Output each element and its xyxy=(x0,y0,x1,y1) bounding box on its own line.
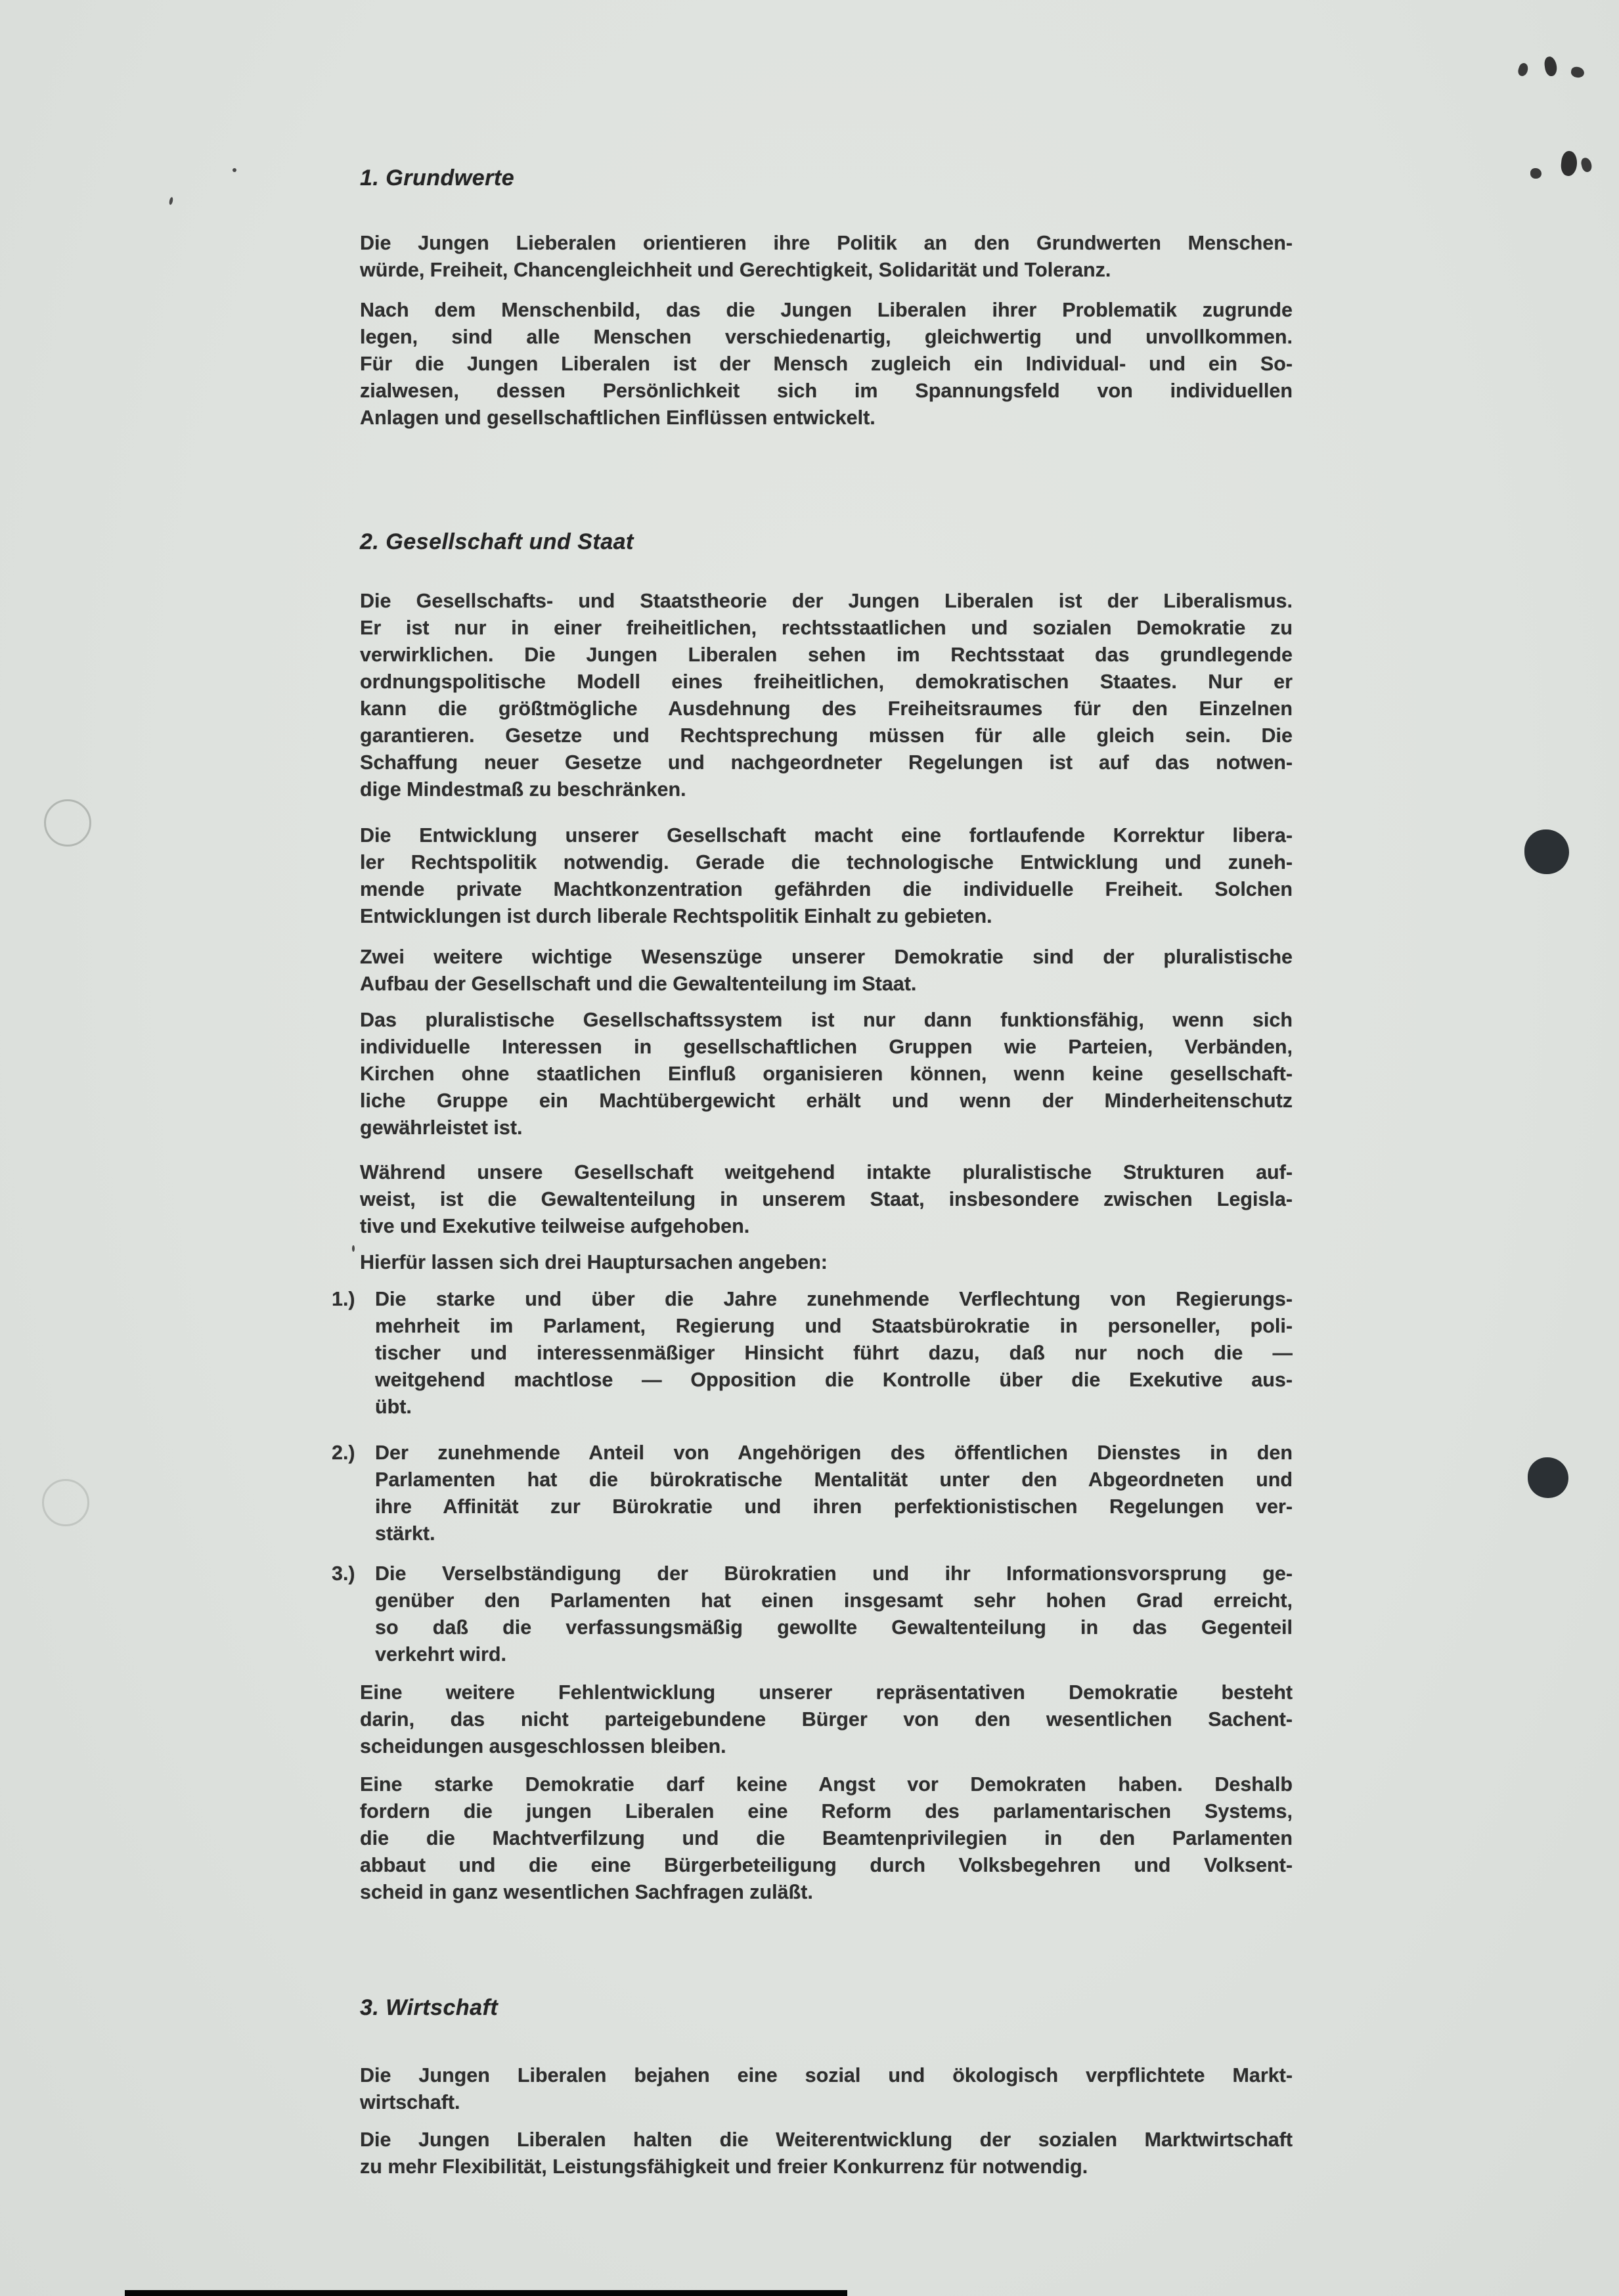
faint-punch-ring xyxy=(44,799,91,847)
paper-speck xyxy=(233,168,236,172)
list-item-number: 1.) xyxy=(332,1286,375,1313)
scanner-edge-bar xyxy=(125,2290,847,2296)
hole-punch-dot xyxy=(1528,1457,1568,1498)
ink-mark xyxy=(1560,150,1578,177)
paragraph: Eine starke Demokratie darf keine Angst … xyxy=(360,1771,1293,1906)
faint-punch-ring xyxy=(42,1479,89,1526)
paragraph: Nach dem Menschenbild, das die Jungen Li… xyxy=(360,297,1293,431)
paragraph: Die Gesellschafts- und Staatstheorie der… xyxy=(360,588,1293,803)
ink-mark xyxy=(1580,157,1593,173)
paragraph: Die Entwicklung unserer Gesellschaft mac… xyxy=(360,822,1293,930)
paper-speck xyxy=(352,1245,355,1252)
list-item: 3.) Die Verselbständigung der Bürokratie… xyxy=(332,1560,1293,1668)
scanned-document-page: 1. Grundwerte Die Jungen Lieberalen orie… xyxy=(0,0,1619,2296)
list-item: 1.) Die starke und über die Jahre zunehm… xyxy=(332,1286,1293,1421)
list-item-text: Die starke und über die Jahre zunehmende… xyxy=(375,1286,1293,1421)
list-item-number: 2.) xyxy=(332,1440,375,1467)
hole-punch-dot xyxy=(1524,829,1569,874)
list-item-text: Der zunehmende Anteil von Angehörigen de… xyxy=(375,1440,1293,1547)
section-heading-grundwerte: 1. Grundwerte xyxy=(360,166,514,191)
list-item: 2.) Der zunehmende Anteil von Angehörige… xyxy=(332,1440,1293,1547)
paragraph: Eine weitere Fehlentwicklung unserer rep… xyxy=(360,1679,1293,1760)
ink-mark xyxy=(1543,56,1558,77)
paragraph: Das pluralistische Gesellschaftssystem i… xyxy=(360,1007,1293,1141)
paragraph: Die Jungen Lieberalen orientieren ihre P… xyxy=(360,230,1293,284)
paragraph-lead-in: Hierfür lassen sich drei Hauptursachen a… xyxy=(360,1249,1293,1276)
paper-speck xyxy=(169,197,173,206)
section-heading-wirtschaft: 3. Wirtschaft xyxy=(360,1995,498,2021)
list-item-number: 3.) xyxy=(332,1560,375,1587)
paragraph: Die Jungen Liberalen halten die Weiteren… xyxy=(360,2127,1293,2180)
paragraph: Zwei weitere wichtige Wesenszüge unserer… xyxy=(360,944,1293,998)
ink-mark xyxy=(1570,66,1585,78)
section-heading-gesellschaft-und-staat: 2. Gesellschaft und Staat xyxy=(360,529,634,555)
paragraph: Während unsere Gesellschaft weitgehend i… xyxy=(360,1159,1293,1240)
ink-mark xyxy=(1530,168,1541,179)
ink-mark xyxy=(1517,62,1529,77)
list-item-text: Die Verselbständigung der Bürokratien un… xyxy=(375,1560,1293,1668)
paragraph: Die Jungen Liberalen bejahen eine sozial… xyxy=(360,2062,1293,2116)
